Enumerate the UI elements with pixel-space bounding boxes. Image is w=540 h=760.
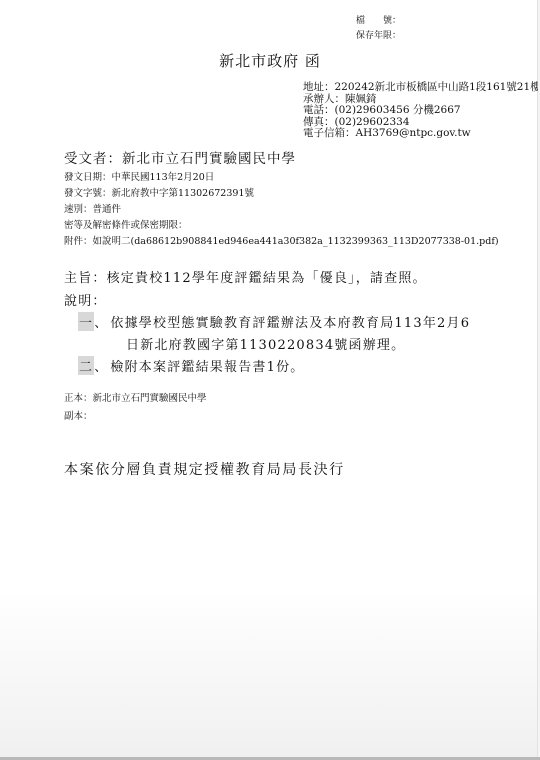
explanation-item-text: 檢附本案評鑑結果報告書1份。 <box>110 360 304 375</box>
info-block: 發文日期：中華民國113年2月20日 發文字號：新北府教中字第113026723… <box>64 170 499 250</box>
list-marker-punct: 、 <box>94 316 108 331</box>
explanation-item-2: 二、檢附本案評鑑結果報告書1份。 <box>78 356 304 375</box>
explanation-item-text: 依據學校型態實驗教育評鑑辦法及本府教育局113年2月6 <box>110 316 470 331</box>
document-page: 檔 號： 保存年限： 新北市政府 函 地址：220242新北市板橋區中山路1段1… <box>0 0 538 757</box>
attachment: 附件：如說明二(da68612b908841ed946ea441a30f382a… <box>64 234 499 250</box>
email: 電子信箱：AH3769@ntpc.gov.tw <box>303 128 540 140</box>
explanation-item-1-continued: 日新北府教國字第1130220834號函辦理。 <box>126 334 405 353</box>
list-marker: 一 <box>78 312 94 331</box>
subject: 主旨：核定貴校112學年度評鑑結果為「優良」，請查照。 <box>64 267 427 286</box>
recipient: 受文者：新北市立石門實驗國民中學 <box>64 147 296 167</box>
original-copy: 正本：新北市立石門實驗國民中學 <box>64 390 207 408</box>
issue-number: 發文字號：新北府教中字第11302672391號 <box>64 186 499 202</box>
document-title: 新北市政府 函 <box>0 50 540 71</box>
explanation-item-1: 一、依據學校型態實驗教育評鑑辦法及本府教育局113年2月6 <box>78 312 470 331</box>
decision-statement: 本案依分層負責規定授權教育局局長決行 <box>64 459 345 479</box>
file-number-label: 檔 號： <box>356 15 401 30</box>
explanation-label: 說明： <box>64 290 107 309</box>
contact-block: 地址：220242新北市板橋區中山路1段161號21樓 承辦人：陳姵錡 電話：(… <box>303 82 540 140</box>
address: 地址：220242新北市板橋區中山路1段161號21樓 <box>303 82 540 94</box>
duplicate-copy: 副本： <box>64 408 207 426</box>
top-right-meta: 檔 號： 保存年限： <box>356 15 401 45</box>
copies-block: 正本：新北市立石門實驗國民中學 副本： <box>64 390 207 426</box>
phone: 電話：(02)29603456 分機2667 <box>303 105 540 117</box>
list-marker: 二 <box>78 356 94 375</box>
retention-label: 保存年限： <box>356 30 401 45</box>
list-marker-punct: 、 <box>94 360 108 375</box>
speed: 速別：普通件 <box>64 202 499 218</box>
confidentiality: 密等及解密條件或保密期限： <box>64 218 499 234</box>
issue-date: 發文日期：中華民國113年2月20日 <box>64 170 499 186</box>
